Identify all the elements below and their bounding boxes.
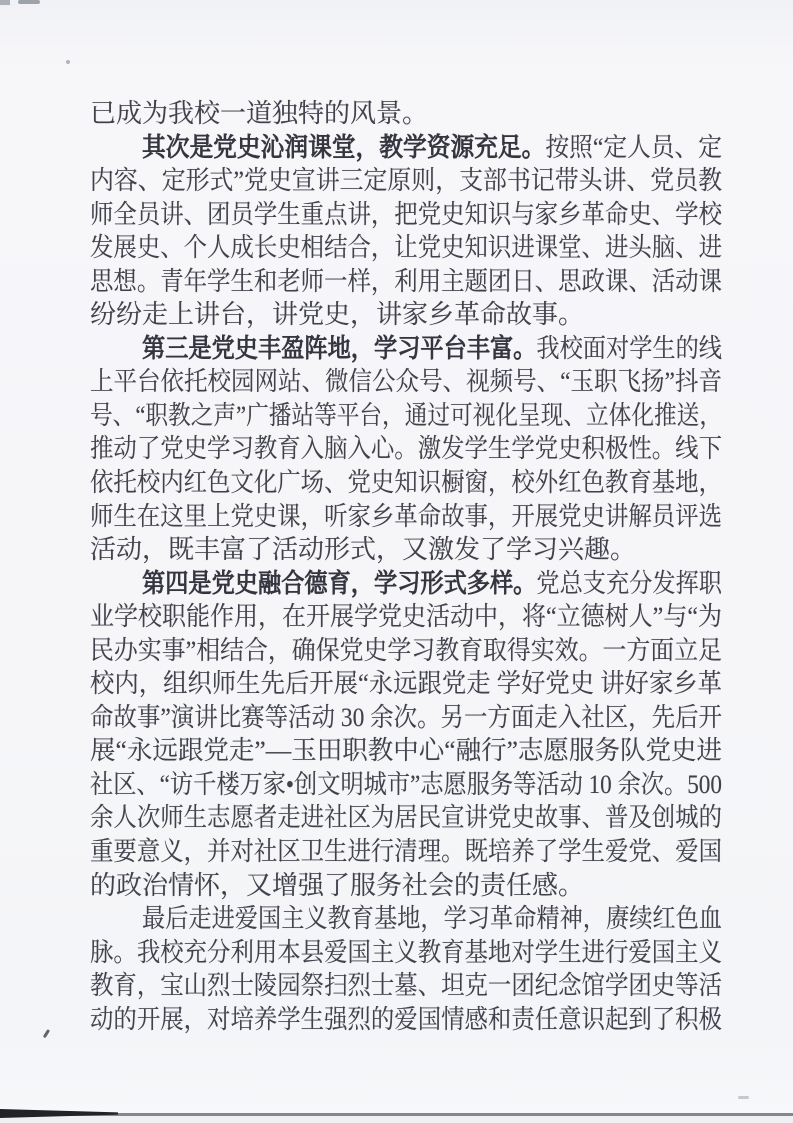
scan-band-underlay	[0, 1116, 793, 1123]
body-text: 校内，组织师生先后开展“永远跟党走 学好党史 讲好家乡革	[90, 669, 722, 698]
body-text: 民办实事”相结合，确保党史学习教育取得实效。一方面立足	[90, 636, 722, 665]
text-line: 校内，组织师生先后开展“永远跟党走 学好党史 讲好家乡革	[90, 667, 722, 701]
body-text: 思想。青年学生和老师一样，利用主题团日、思政课、活动课	[90, 267, 722, 296]
text-line: 社区、“访千楼万家•创文明城市”志愿服务等活动 10 余次。500	[90, 768, 722, 802]
text-line: 最后走进爱国主义教育基地，学习革命精神，赓续红色血	[90, 902, 722, 936]
emphasis-text: 第三是党史丰盈阵地，学习平台丰富。	[142, 334, 536, 363]
body-text: 动的开展，对培养学生强烈的爱国情感和责任意识起到了积极	[90, 1005, 722, 1034]
body-text: 纷纷走上讲台，讲党史，讲家乡革命故事。	[90, 300, 584, 329]
text-line: 内容、定形式”党史宣讲三定原则，支部书记带头讲、党员教	[90, 164, 722, 198]
text-line: 业学校职能作用，在开展学党史活动中，将“立德树人”与“为	[90, 600, 722, 634]
body-text: 号、“职教之声”广播站等平台，通过可视化呈现、立体化推送，	[90, 401, 722, 430]
text-line: 发展史、个人成长史相结合，让党史知识进课堂、进头脑、进	[90, 231, 722, 265]
text-line: 思想。青年学生和老师一样，利用主题团日、思政课、活动课	[90, 265, 722, 299]
emphasis-text: 第四是党史融合德育，学习形式多样。	[142, 569, 536, 598]
body-text: 的政治情怀，又增强了服务社会的责任感。	[90, 871, 584, 900]
body-text: 已成为我校一道独特的风景。	[90, 99, 428, 128]
text-line: 教育，宝山烈士陵园祭扫烈士墓、坦克一团纪念馆学团史等活	[90, 969, 722, 1003]
body-text: 最后走进爱国主义教育基地，学习革命精神，赓续红色血	[142, 904, 722, 933]
body-text: 重要意义，并对社区卫生进行清理。既培养了学生爱党、爱国	[90, 837, 722, 866]
text-line: 展“永远跟党走”—玉田职教中心“融行”志愿服务队党史进	[90, 734, 722, 768]
scan-mark-left-margin	[43, 1029, 50, 1038]
text-line: 活动，既丰富了活动形式，又激发了学习兴趣。	[90, 533, 722, 567]
text-line: 的政治情怀，又增强了服务社会的责任感。	[90, 869, 722, 903]
text-line: 第三是党史丰盈阵地，学习平台丰富。我校面对学生的线	[90, 332, 722, 366]
text-line: 纷纷走上讲台，讲党史，讲家乡革命故事。	[90, 298, 722, 332]
body-text: 党总支充分发挥职	[536, 569, 722, 598]
body-text: 推动了党史学习教育入脑入心。激发学生学党史积极性。线下	[90, 434, 722, 463]
text-line: 上平台依托校园网站、微信公众号、视频号、“玉职飞扬”抖音	[90, 365, 722, 399]
body-text: 上平台依托校园网站、微信公众号、视频号、“玉职飞扬”抖音	[90, 367, 722, 396]
body-text: 余人次师生志愿者走进社区为居民宣讲党史故事、普及创城的	[90, 803, 722, 832]
body-text: 我校面对学生的线	[536, 334, 722, 363]
text-line: 民办实事”相结合，确保党史学习教育取得实效。一方面立足	[90, 634, 722, 668]
scan-speck-dot	[66, 60, 70, 64]
body-text: 社区、“访千楼万家•创文明城市”志愿服务等活动 10 余次。500	[90, 770, 722, 799]
text-line: 依托校内红色文化广场、党史知识橱窗，校外红色教育基地，	[90, 466, 722, 500]
body-text: 教育，宝山烈士陵园祭扫烈士墓、坦克一团纪念馆学团史等活	[90, 971, 722, 1000]
text-line: 第四是党史融合德育，学习形式多样。党总支充分发挥职	[90, 567, 722, 601]
body-text: 命故事”演讲比赛等活动 30 余次。另一方面走入社区，先后开	[90, 703, 722, 732]
text-line: 余人次师生志愿者走进社区为居民宣讲党史故事、普及创城的	[90, 801, 722, 835]
document-page: 已成为我校一道独特的风景。其次是党史沁润课堂，教学资源充足。按照“定人员、定内容…	[0, 0, 793, 1123]
text-line: 其次是党史沁润课堂，教学资源充足。按照“定人员、定	[90, 131, 722, 165]
scan-speck-top-left-corner	[0, 0, 10, 5]
scan-band-bottom	[0, 1113, 793, 1116]
text-line: 师全员讲、团员学生重点讲，把党史知识与家乡革命史、学校	[90, 198, 722, 232]
body-text: 活动，既丰富了活动形式，又激发了学习兴趣。	[90, 535, 636, 564]
text-line: 动的开展，对培养学生强烈的爱国情感和责任意识起到了积极	[90, 1003, 722, 1037]
body-text: 展“永远跟党走”—玉田职教中心“融行”志愿服务队党史进	[90, 736, 722, 765]
body-text: 业学校职能作用，在开展学党史活动中，将“立德树人”与“为	[90, 602, 722, 631]
document-text: 已成为我校一道独特的风景。其次是党史沁润课堂，教学资源充足。按照“定人员、定内容…	[90, 97, 722, 1036]
text-line: 推动了党史学习教育入脑入心。激发学生学党史积极性。线下	[90, 432, 722, 466]
text-line: 师生在这里上党史课，听家乡革命故事，开展党史讲解员评选	[90, 500, 722, 534]
body-text: 发展史、个人成长史相结合，让党史知识进课堂、进头脑、进	[90, 233, 722, 262]
body-text: 师全员讲、团员学生重点讲，把党史知识与家乡革命史、学校	[90, 200, 722, 229]
text-line: 脉。我校充分利用本县爱国主义教育基地对学生进行爱国主义	[90, 936, 722, 970]
scan-speck-top-left-dash	[18, 0, 40, 4]
text-line: 已成为我校一道独特的风景。	[90, 97, 722, 131]
body-text: 脉。我校充分利用本县爱国主义教育基地对学生进行爱国主义	[90, 938, 722, 967]
body-text: 按照“定人员、定	[545, 133, 722, 162]
emphasis-text: 其次是党史沁润课堂，教学资源充足。	[142, 133, 545, 162]
scan-speck-bottom-right	[738, 1096, 749, 1099]
text-line: 号、“职教之声”广播站等平台，通过可视化呈现、立体化推送，	[90, 399, 722, 433]
body-text: 内容、定形式”党史宣讲三定原则，支部书记带头讲、党员教	[90, 166, 722, 195]
text-line: 重要意义，并对社区卫生进行清理。既培养了学生爱党、爱国	[90, 835, 722, 869]
text-line: 命故事”演讲比赛等活动 30 余次。另一方面走入社区，先后开	[90, 701, 722, 735]
body-text: 依托校内红色文化广场、党史知识橱窗，校外红色教育基地，	[90, 468, 722, 497]
body-text: 师生在这里上党史课，听家乡革命故事，开展党史讲解员评选	[90, 502, 722, 531]
